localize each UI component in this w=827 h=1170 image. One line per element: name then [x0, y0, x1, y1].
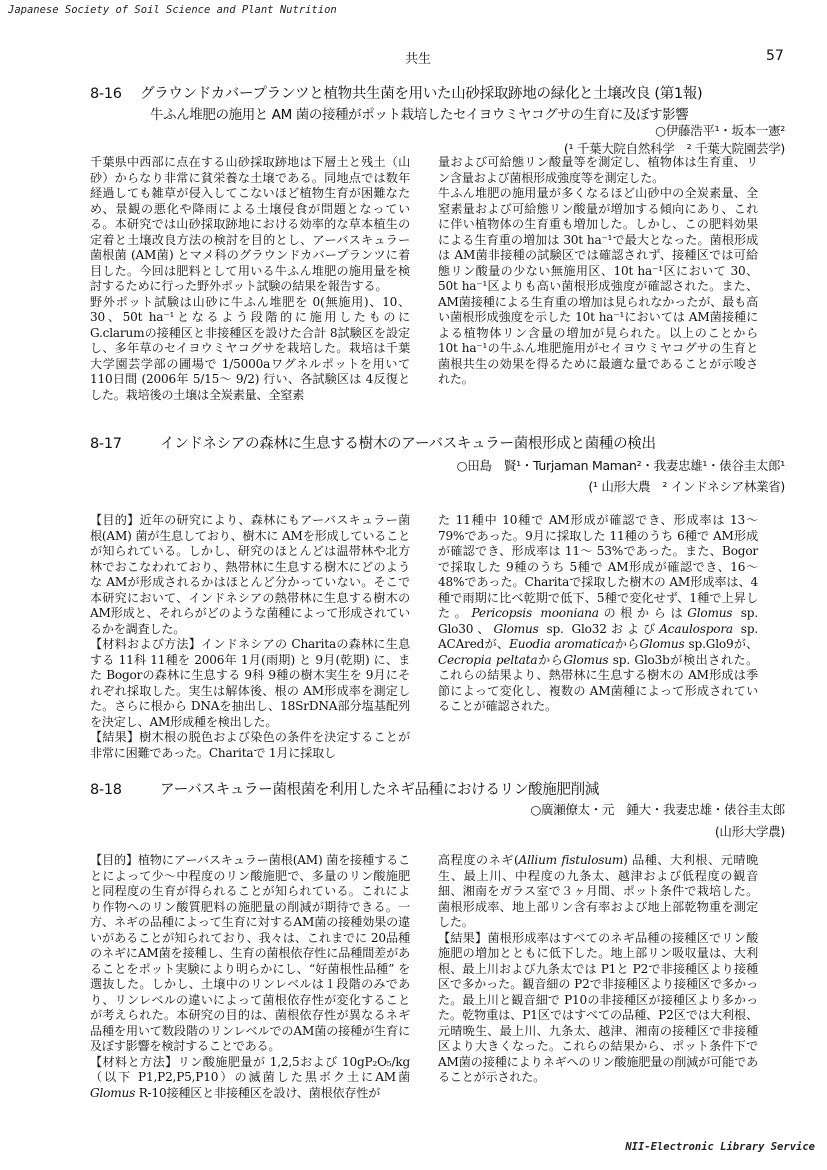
paragraph-methods: 【材料および方法】インドネシアの Charitaの森林に生息する 11科 11種…: [90, 637, 410, 730]
abstract-title-text: グラウンドカバープランツと植物共生菌を用いた山砂採取跡地の緑化と土壌改良 (第1…: [140, 86, 702, 102]
paragraph: 野外ポット試験は山砂に牛ふん堆肥を 0(無施用)、10、30、50t ha⁻¹と…: [90, 295, 410, 404]
paragraph-purpose: 【目的】近年の研究により、森林にもアーバスキュラー菌根(AM) 菌が生息しており…: [90, 513, 410, 637]
abstract-number: 8-17: [90, 436, 160, 452]
paragraph: 高程度のネギ(Allium fistulosum) 品種、大利根、元晴晩生、最上…: [438, 853, 758, 931]
left-column: 千葉県中西部に点在する山砂採取跡地は下層土と残土（山砂）からなり非常に貧栄養な土…: [90, 155, 410, 403]
left-column: 【目的】近年の研究により、森林にもアーバスキュラー菌根(AM) 菌が生息しており…: [90, 513, 410, 761]
footer-service: NII-Electronic Library Service: [625, 1141, 815, 1153]
left-column: 【目的】植物にアーバスキュラー菌根(AM) 菌を接種することによって少～中程度の…: [90, 853, 410, 1101]
paragraph: た 11種中 10種で AM形成が確認でき、形成率は 13～79%であった。9月…: [438, 513, 758, 715]
abstract-title: 8-16グラウンドカバープランツと植物共生菌を用いた山砂採取跡地の緑化と土壌改良…: [90, 82, 702, 103]
right-column: 量および可給態リン酸量等を測定し、植物体は生育重、リン含量および菌根形成強度等を…: [438, 155, 758, 388]
authors: ○廣瀬僚太・元 鍾大・我妻忠雄・俵谷圭太郎: [530, 800, 785, 818]
affiliations: (¹ 山形大農 ² インドネシア林業省): [588, 477, 785, 495]
journal-header-society: Japanese Society of Soil Science and Pla…: [8, 4, 337, 16]
page-number: 57: [766, 48, 784, 64]
paragraph-results: 【結果】菌根形成率はすべてのネギ品種の接種区でリン酸施肥の増加とともに低下した。…: [438, 931, 758, 1086]
abstract-number: 8-16: [90, 86, 140, 102]
abstract-number: 8-18: [90, 782, 160, 798]
right-column: 高程度のネギ(Allium fistulosum) 品種、大利根、元晴晩生、最上…: [438, 853, 758, 1086]
paragraph-purpose: 【目的】植物にアーバスキュラー菌根(AM) 菌を接種することによって少～中程度の…: [90, 853, 410, 1055]
authors: ○田島 賢¹・Turjaman Maman²・我妻忠雄¹・俵谷圭太郎¹: [457, 456, 785, 474]
abstract-title-text: アーバスキュラー菌根菌を利用したネギ品種におけるリン酸施肥削減: [160, 782, 599, 798]
abstract-title: 8-18アーバスキュラー菌根菌を利用したネギ品種におけるリン酸施肥削減: [90, 778, 599, 799]
section-name: 共生: [405, 48, 431, 67]
affiliations: (山形大学農): [715, 822, 785, 840]
paragraph: 千葉県中西部に点在する山砂採取跡地は下層土と残土（山砂）からなり非常に貧栄養な土…: [90, 155, 410, 295]
paragraph: 量および可給態リン酸量等を測定し、植物体は生育重、リン含量および菌根形成強度等を…: [438, 155, 758, 186]
abstract-title: 8-17インドネシアの森林に生息する樹木のアーバスキュラー菌根形成と菌種の検出: [90, 432, 656, 453]
paragraph-methods: 【材料と方法】リン酸施肥量が 1,2,5および 10gP₂O₅/kg（以下 P1…: [90, 1055, 410, 1102]
authors: ○伊藤浩平¹・坂本一憲²: [655, 121, 785, 139]
abstract-title-text: インドネシアの森林に生息する樹木のアーバスキュラー菌根形成と菌種の検出: [160, 436, 656, 452]
abstract-subtitle: 牛ふん堆肥の施用と AM 菌の接種がポット栽培したセイヨウミヤコグサの生育に及ぼ…: [150, 103, 688, 123]
right-column: た 11種中 10種で AM形成が確認でき、形成率は 13～79%であった。9月…: [438, 513, 758, 715]
paragraph: 牛ふん堆肥の施用量が多くなるほど山砂中の全炭素量、全窒素量および可給態リン酸量が…: [438, 186, 758, 388]
paragraph-results: 【結果】樹木根の脱色および染色の条件を決定することが非常に困難であった。Char…: [90, 730, 410, 761]
